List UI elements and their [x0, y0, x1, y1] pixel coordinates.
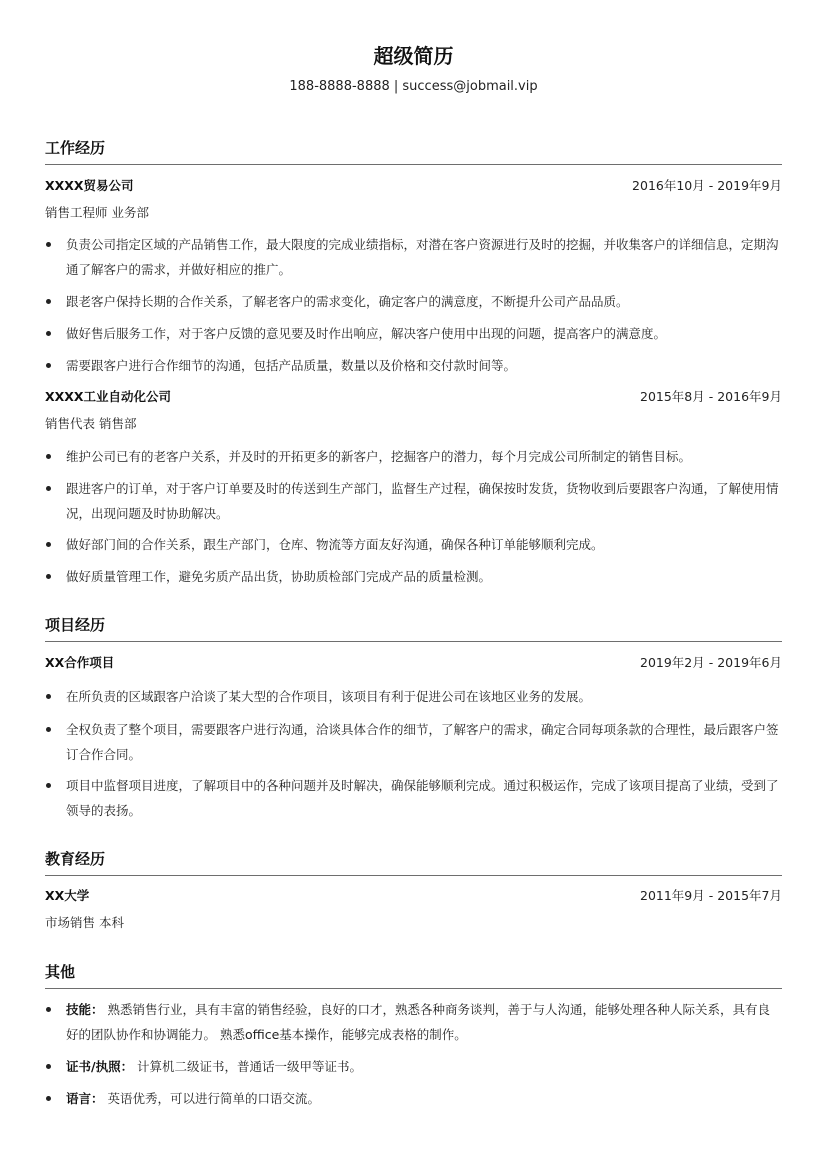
- list-item: 需要跟客户进行合作细节的沟通，包括产品质量，数量以及价格和交付款时间等。: [45, 353, 782, 378]
- section-divider: [45, 875, 782, 876]
- item-text: 计算机二级证书，普通话一级甲等证书。: [133, 1059, 362, 1074]
- bullet-icon: [46, 1096, 51, 1101]
- bullet-icon: [46, 242, 51, 247]
- section-title: 教育经历: [45, 849, 782, 869]
- section-education-title: 教育经历: [45, 849, 782, 869]
- section-title: 工作经历: [45, 138, 782, 158]
- list-item: 做好部门间的合作关系，跟生产部门，仓库、物流等方面友好沟通，确保各种订单能够顺利…: [45, 532, 782, 557]
- date-range: 2015年8月 - 2016年9月: [640, 388, 782, 406]
- bullet-icon: [46, 486, 51, 491]
- list-item-skills: 技能： 熟悉销售行业，具有丰富的销售经验，良好的口才，熟悉各种商务谈判，善于与人…: [45, 997, 782, 1047]
- job-role: 销售工程师 业务部: [45, 204, 149, 222]
- list-item-language: 语言： 英语优秀，可以进行简单的口语交流。: [45, 1086, 782, 1111]
- section-work-title: 工作经历: [45, 138, 782, 158]
- bullet-icon: [46, 454, 51, 459]
- contact-info: 188-8888-8888 | success@jobmail.vip: [45, 79, 782, 94]
- section-title: 项目经历: [45, 615, 782, 635]
- bullet-icon: [46, 299, 51, 304]
- item-label: 技能：: [66, 1002, 104, 1017]
- company-name: XXXX工业自动化公司: [45, 388, 171, 406]
- item-label: 语言：: [66, 1091, 104, 1106]
- job-role: 销售代表 销售部: [45, 415, 136, 433]
- bullet-icon: [46, 1064, 51, 1069]
- project-name: XX合作项目: [45, 654, 114, 672]
- list-item: 跟老客户保持长期的合作关系，了解老客户的需求变化，确定客户的满意度，不断提升公司…: [45, 289, 782, 314]
- bullet-icon: [46, 1007, 51, 1012]
- bullet-icon: [46, 542, 51, 547]
- list-item: 做好质量管理工作，避免劣质产品出货，协助质检部门完成产品的质量检测。: [45, 564, 782, 589]
- item-text: 英语优秀，可以进行简单的口语交流。: [104, 1091, 320, 1106]
- list-item: 全权负责了整个项目，需要跟客户进行沟通，洽谈具体合作的细节，了解客户的需求，确定…: [45, 717, 782, 767]
- date-range: 2019年2月 - 2019年6月: [640, 654, 782, 672]
- work-entry-header: XXXX贸易公司 2016年10月 - 2019年9月: [45, 177, 782, 195]
- section-title: 其他: [45, 962, 782, 982]
- bullet-icon: [46, 574, 51, 579]
- bullet-icon: [46, 783, 51, 788]
- bullet-icon: [46, 363, 51, 368]
- company-name: XXXX贸易公司: [45, 177, 134, 195]
- item-text: 熟悉销售行业，具有丰富的销售经验，良好的口才，熟悉各种商务谈判，善于与人沟通，能…: [66, 1002, 770, 1042]
- list-item: 跟进客户的订单，对于客户订单要及时的传送到生产部门，监督生产过程，确保按时发货，…: [45, 476, 782, 526]
- list-item: 维护公司已有的老客户关系，并及时的开拓更多的新客户，挖掘客户的潜力，每个月完成公…: [45, 444, 782, 469]
- section-projects-title: 项目经历: [45, 615, 782, 635]
- section-divider: [45, 988, 782, 989]
- list-item: 做好售后服务工作，对于客户反馈的意见要及时作出响应，解决客户使用中出现的问题，提…: [45, 321, 782, 346]
- section-other-title: 其他: [45, 962, 782, 982]
- project-entry-header: XX合作项目 2019年2月 - 2019年6月: [45, 654, 782, 672]
- list-item-certificates: 证书/执照： 计算机二级证书，普通话一级甲等证书。: [45, 1054, 782, 1079]
- bullet-icon: [46, 727, 51, 732]
- resume-name: 超级简历: [45, 40, 782, 69]
- bullet-icon: [46, 331, 51, 336]
- section-divider: [45, 641, 782, 642]
- list-item: 项目中监督项目进度，了解项目中的各种问题并及时解决，确保能够顺利完成。通过积极运…: [45, 773, 782, 823]
- major-degree: 市场销售 本科: [45, 914, 124, 932]
- date-range: 2016年10月 - 2019年9月: [632, 177, 782, 195]
- list-item: 在所负责的区域跟客户洽谈了某大型的合作项目，该项目有利于促进公司在该地区业务的发…: [45, 684, 782, 709]
- school-name: XX大学: [45, 887, 89, 905]
- education-entry-header: XX大学 2011年9月 - 2015年7月: [45, 887, 782, 905]
- section-divider: [45, 164, 782, 165]
- date-range: 2011年9月 - 2015年7月: [640, 887, 782, 905]
- bullet-icon: [46, 694, 51, 699]
- list-item: 负责公司指定区域的产品销售工作，最大限度的完成业绩指标，对潜在客户资源进行及时的…: [45, 232, 782, 282]
- work-entry-header: XXXX工业自动化公司 2015年8月 - 2016年9月: [45, 388, 782, 406]
- item-label: 证书/执照：: [66, 1059, 133, 1074]
